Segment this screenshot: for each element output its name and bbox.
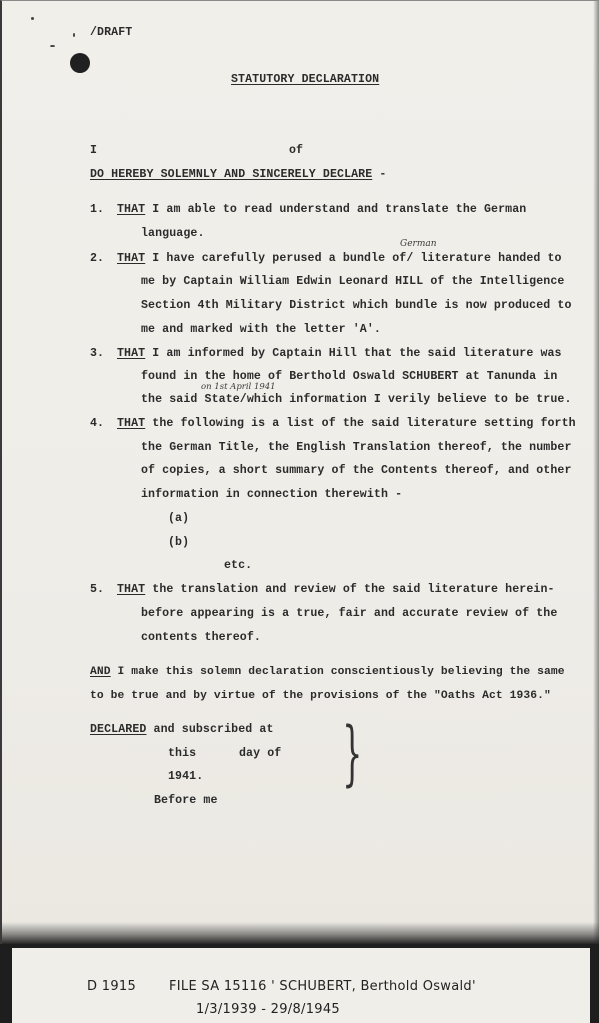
clause-3-line-1: THAT I am informed by Captain Hill that … (117, 347, 562, 360)
clause-2-line-2: me by Captain William Edwin Leonard HILL… (141, 275, 564, 288)
clause-5-number: 5. (90, 583, 104, 596)
clause-5-line-2: before appearing is a true, fair and acc… (141, 607, 557, 620)
clause-2-line-3: Section 4th Military District which bund… (141, 299, 572, 312)
clause-3-lead: THAT (117, 347, 145, 360)
clause-2-number: 2. (90, 252, 104, 265)
declare-dash: - (372, 168, 386, 181)
clause-4-line-2: the German Title, the English Translatio… (141, 441, 572, 454)
declare-heading: DO HEREBY SOLEMNLY AND SINCERELY DECLARE… (90, 168, 386, 181)
punch-hole-icon (70, 53, 90, 73)
draft-mark: /DRAFT (90, 26, 132, 39)
declarant-i: I (90, 144, 97, 157)
clause-2-lead: THAT (117, 252, 145, 265)
archive-ref: D 1915 (87, 979, 136, 994)
document-page: /DRAFT STATUTORY DECLARATION I of DO HER… (0, 0, 599, 944)
clause-1-lead: THAT (117, 203, 145, 216)
archive-label-strip: D 1915 FILE SA 15116 ' SCHUBERT, Berthol… (12, 948, 590, 1023)
ink-speck (50, 45, 55, 47)
clause-4-line-4: information in connection therewith - (141, 488, 402, 501)
declarant-of: of (289, 144, 303, 157)
clause-2-handwritten-insert: German (400, 239, 437, 249)
jurat-this: this (168, 747, 196, 760)
closing-line-2: to be true and by virtue of the provisio… (90, 690, 551, 702)
clause-5-line-3: contents thereof. (141, 631, 261, 644)
clause-5-line-1: THAT the translation and review of the s… (117, 583, 555, 596)
clause-1-line-1: THAT I am able to read understand and tr… (117, 203, 526, 216)
clause-2-line-1: THAT I have carefully perused a bundle o… (117, 252, 562, 265)
clause-1-number: 1. (90, 203, 104, 216)
clause-4-lead: THAT (117, 417, 145, 430)
clause-3-number: 3. (90, 347, 104, 360)
clause-4-etc: etc. (224, 559, 252, 572)
jurat-before-me: Before me (154, 794, 218, 807)
clause-4-number: 4. (90, 417, 104, 430)
clause-3-line-3: the said State/which information I veril… (141, 393, 572, 406)
archive-file: FILE SA 15116 ' SCHUBERT, Berthold Oswal… (169, 979, 476, 994)
clause-3-handwritten-insert: on 1st April 1941 (201, 382, 276, 392)
page-edge-shadow (593, 1, 599, 944)
archive-dates: 1/3/1939 - 29/8/1945 (196, 1002, 340, 1017)
clause-4-subitem-a: (a) (168, 512, 189, 525)
jurat-day-of: day of (239, 747, 281, 760)
ink-speck (31, 17, 34, 20)
closing-lead: AND (90, 666, 111, 678)
closing-line-1: AND I make this solemn declaration consc… (90, 666, 565, 678)
declare-heading-text: DO HEREBY SOLEMNLY AND SINCERELY DECLARE (90, 168, 372, 181)
clause-2-line-4: me and marked with the letter 'A'. (141, 323, 381, 336)
jurat-year: 1941. (168, 770, 203, 783)
clause-4-line-1: THAT the following is a list of the said… (117, 417, 576, 430)
clause-5-lead: THAT (117, 583, 145, 596)
clause-1-line-2: language. (141, 227, 205, 240)
clause-4-line-3: of copies, a short summary of the Conten… (141, 464, 572, 477)
page-title: STATUTORY DECLARATION (231, 73, 379, 86)
ink-speck (73, 33, 75, 37)
jurat-lead: DECLARED (90, 723, 146, 736)
clause-4-subitem-b: (b) (168, 536, 189, 549)
jurat-line-1: DECLARED and subscribed at (90, 723, 274, 736)
curly-brace-icon: } (342, 723, 362, 783)
